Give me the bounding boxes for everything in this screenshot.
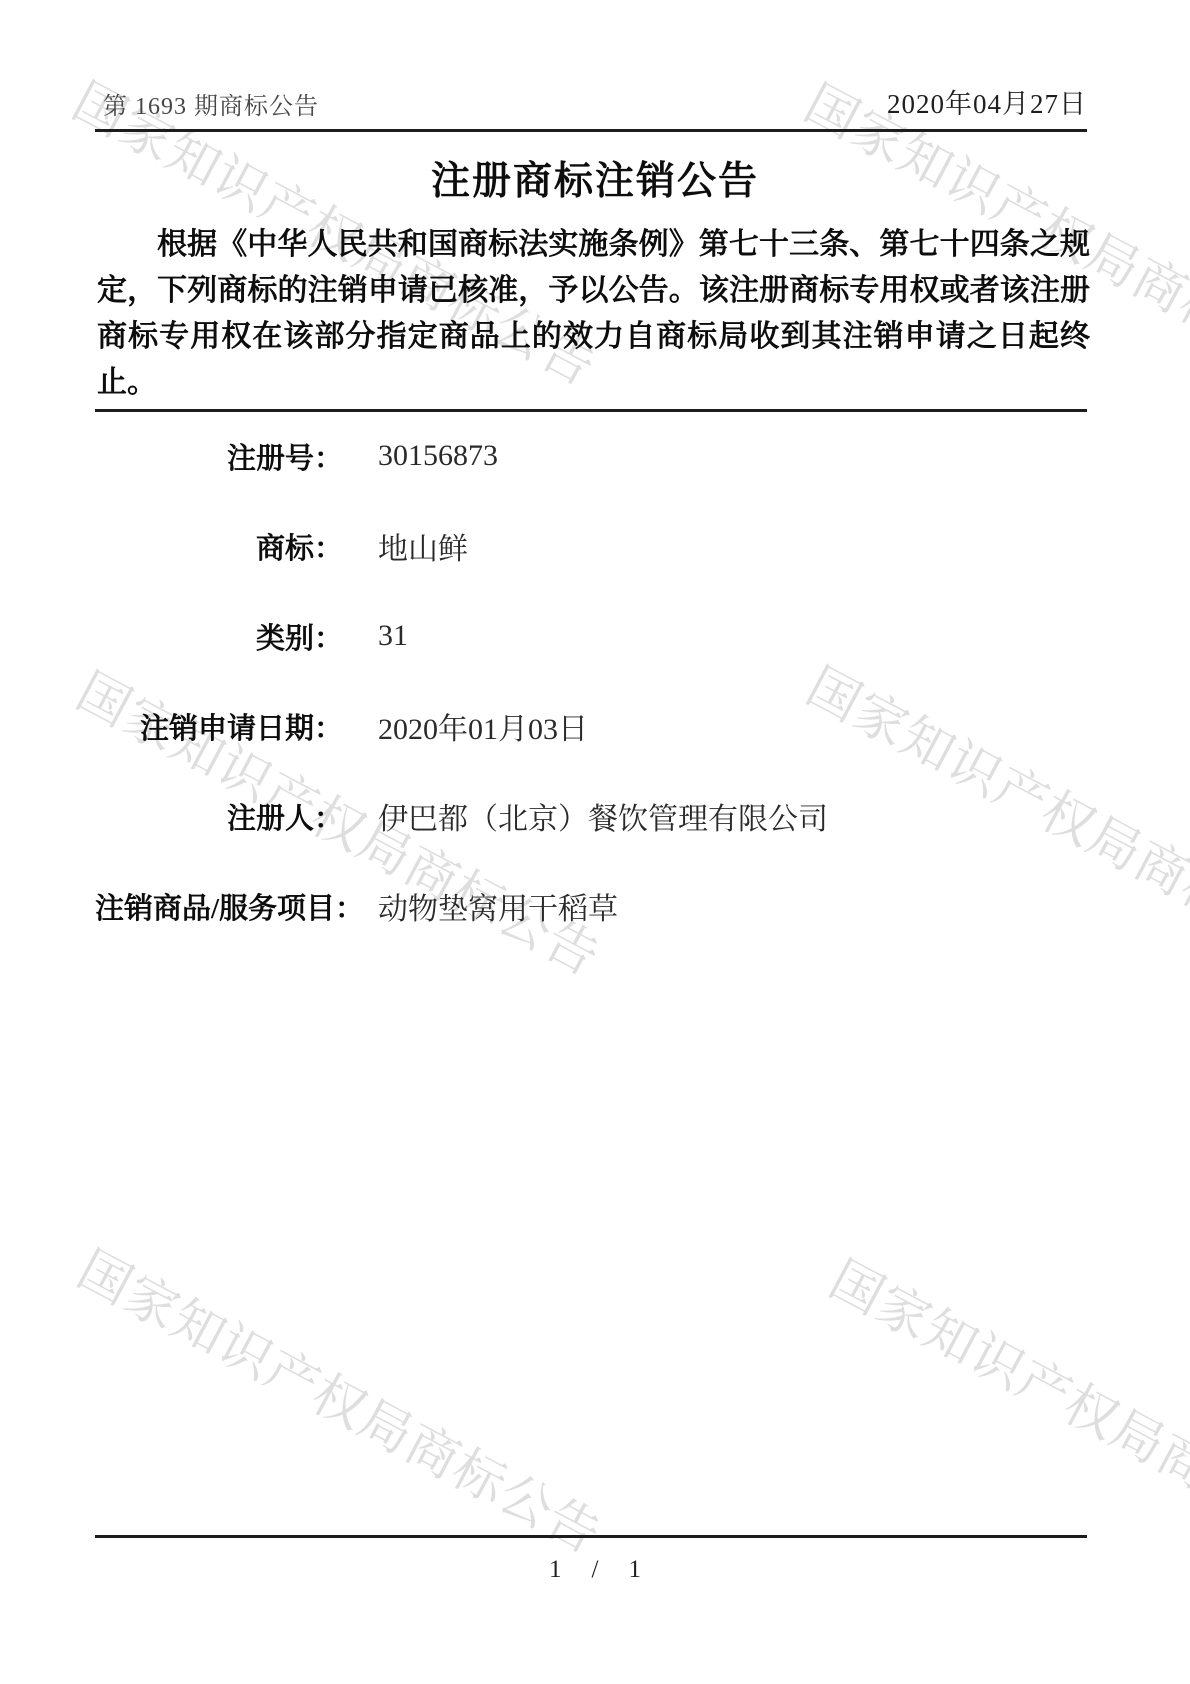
field-value-registration-number: 30156873: [378, 439, 498, 473]
header-divider: [95, 129, 1087, 132]
field-label-cancelled-goods: 注销商品/服务项目：: [95, 886, 343, 927]
field-label-trademark: 商标：: [95, 526, 343, 567]
field-row-trademark: 商标： 地山鲜: [95, 501, 1095, 591]
field-value-registrant: 伊巴都（北京）餐饮管理有限公司: [378, 794, 828, 838]
field-label-class: 类别：: [95, 616, 343, 657]
fields-section: 注册号： 30156873 商标： 地山鲜 类别： 31 注销申请日期： 202…: [95, 411, 1095, 951]
gazette-date: 2020年04月27日: [887, 82, 1087, 121]
field-label-registrant: 注册人：: [95, 796, 343, 837]
field-value-trademark: 地山鲜: [378, 524, 468, 568]
total-page-count: 1: [628, 1556, 641, 1584]
field-row-cancelled-goods: 注销商品/服务项目： 动物垫窝用干稻草: [95, 861, 1095, 951]
field-row-cancellation-date: 注销申请日期： 2020年01月03日: [95, 681, 1095, 771]
field-label-registration-number: 注册号：: [95, 436, 343, 477]
announcement-title: 注册商标注销公告: [0, 150, 1190, 206]
page-separator: /: [592, 1556, 599, 1584]
page-number: 1 / 1: [0, 1556, 1190, 1584]
field-row-class: 类别： 31: [95, 591, 1095, 681]
page-content: 第 1693 期商标公告 2020年04月27日 注册商标注销公告 根据《中华人…: [0, 0, 1190, 1684]
current-page-number: 1: [549, 1556, 562, 1584]
field-value-cancelled-goods: 动物垫窝用干稻草: [378, 884, 618, 928]
field-label-cancellation-date: 注销申请日期：: [95, 706, 343, 747]
footer-divider: [95, 1535, 1087, 1538]
field-value-class: 31: [378, 619, 408, 653]
field-row-registration-number: 注册号： 30156873: [95, 411, 1095, 501]
gazette-issue-number: 第 1693 期商标公告: [103, 86, 319, 121]
announcement-body: 根据《中华人民共和国商标法实施条例》第七十三条、第七十四条之规定，下列商标的注销…: [97, 222, 1090, 406]
document-page: 国家知识产权局商标公告 国家知识产权局商标公告 国家知识产权局商标公告 国家知识…: [0, 0, 1190, 1684]
field-value-cancellation-date: 2020年01月03日: [378, 704, 588, 748]
field-row-registrant: 注册人： 伊巴都（北京）餐饮管理有限公司: [95, 771, 1095, 861]
